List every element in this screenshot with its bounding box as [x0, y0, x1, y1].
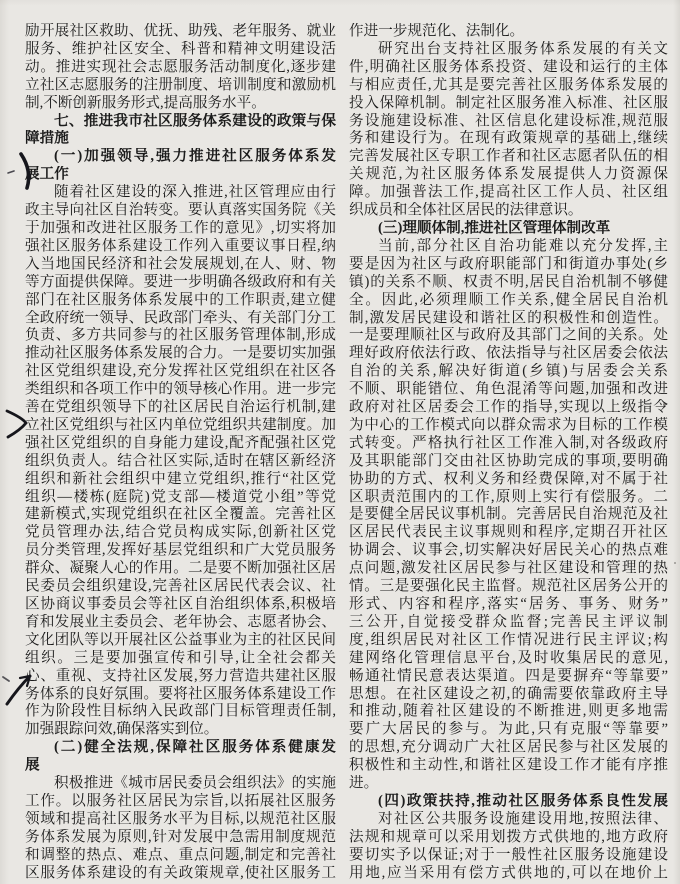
body-text-line: 织成员和全体社区居民的法律意识。	[349, 202, 668, 220]
body-text-line: 工作。以服务社区居民为宗旨,以拓展社区服务	[25, 793, 336, 811]
body-text-line: 立社区志愿服务的注册制度、培训制度和激励机	[25, 77, 336, 95]
body-text-line: 镇)的关系不顺、权责不明,居民自治机制不够健	[349, 274, 668, 292]
body-text-line: 是要健全居民议事机制。完善居民自治规范及社	[349, 506, 668, 524]
body-text-line: 等方面提供保障。要进一步明确各级政府和有关	[25, 274, 336, 292]
body-text-line: 用地,应当采用有偿方式供地的,可以在地价上	[349, 865, 668, 883]
body-text-line: 进。	[349, 775, 668, 793]
body-text-line: 区职责范围内的工作,原则上实行有偿服务。二	[349, 489, 668, 507]
body-text-line: 为中心的工作模式向以群众需求为目标的工作模	[349, 417, 668, 435]
body-text-line: 自治的关系,解决好街道(乡镇)与居委会关系	[349, 363, 668, 381]
body-text-line: 务体系发展为原则,针对发展中急需用制度规范	[25, 829, 336, 847]
body-text-line: 务和建设行为。在现有政策规章的基础上,继续	[349, 130, 668, 148]
body-text-line: 研究出台支持社区服务体系发展的有关文	[349, 41, 668, 59]
subsection-heading-line: (四)政策扶持,推动社区服务体系良性发展	[349, 793, 668, 811]
body-text-line: 党员管理办法,结合党员构成实际,创新社区党	[25, 524, 336, 542]
body-text-line: 要广大居民的参与。为此,只有克服“等靠要”	[349, 721, 668, 739]
body-text-line: 入当地国民经济和社会发展规划,在人、财、物	[25, 256, 336, 274]
body-text-line: 制,不断创新服务形式,提高服务水平。	[25, 95, 336, 113]
body-text-line: 组织—楼栋(庭院)党支部—楼道党小组”等党	[25, 489, 336, 507]
body-text-line: 服务、维护社区安全、科普和精神文明建设活	[25, 41, 336, 59]
body-text-line: 情。三是要强化民主监督。规范社区居务公开的	[349, 578, 668, 596]
document-page: 励开展社区救助、优抚、助残、老年服务、就业服务、维护社区安全、科普和精神文明建设…	[0, 0, 680, 884]
body-text-line: 区居民代表民主议事规则和程序,定期召开社区	[349, 524, 668, 542]
body-text-line: 育和发展业主委员会、老年协会、志愿者协会、	[25, 614, 336, 632]
body-text-line: 心、重视、支持社区发展,努力营造共建社区服	[25, 668, 336, 686]
body-text-line: 的思想,充分调动广大社区居民参与社区发展的	[349, 739, 668, 757]
body-text-line: 组织。三是要加强宣传和引导,让全社会都关	[25, 650, 336, 668]
body-text-line: 建网络化管理信息平台,及时收集居民的意见,	[349, 650, 668, 668]
body-text-line: 作进一步规范化、法制化。	[349, 23, 668, 41]
body-text-line: 关规范,为社区服务体系发展提供人力资源保	[349, 166, 668, 184]
body-text-line: 政府对社区居委会工作的指导,实现以上级指令	[349, 399, 668, 417]
body-text-line: 度,组织居民对社区工作情况进行民主评议;构	[349, 632, 668, 650]
body-text-line: 对社区公共服务设施建设用地,按照法律、	[349, 811, 668, 829]
body-text-line: 法规和规章可以采用划拨方式供地的,地方政府	[349, 829, 668, 847]
body-text-line: 全政府统一领导、民政部门牵头、有关部门分工	[25, 310, 336, 328]
body-text-line: 协助的方式、权利义务和经费保障,对不属于社	[349, 471, 668, 489]
body-text-line: 群众、凝聚人心的作用。二是要不断加强社区居	[25, 560, 336, 578]
body-text-line: 立社区党组织与社区内单位党组织共建制度。加	[25, 417, 336, 435]
body-text-line: 障。加强普法工作,提高社区工作人员、社区组	[349, 184, 668, 202]
subsection-heading-line: (一)加强领导,强力推进社区服务体系发	[25, 148, 336, 166]
body-text-line: 社区党组织建设,充分发挥社区党组织在社区各	[25, 363, 336, 381]
body-text-line: 组织和新社会组织中建立党组织,推行“社区党	[25, 471, 336, 489]
body-text-line: 负责、多方共同参与的社区服务管理体制,形成	[25, 327, 336, 345]
body-text-line: 强社区党组织的自身能力建设,配齐配强社区党	[25, 435, 336, 453]
body-text-line: 善在党组织领导下的社区居民自治运行机制,建	[25, 399, 336, 417]
body-text-line: 形式、内容和程序,落实“居务、事务、财务”	[349, 596, 668, 614]
body-text-line: 全。因此,必须理顺工作关系,健全居民自治机	[349, 292, 668, 310]
body-text-line: 文化团队等以开展社区公益事业为主的社区民间	[25, 632, 336, 650]
body-text-line: 点问题,激发社区居民参与社区建设和管理的热	[349, 560, 668, 578]
body-text-line: 建新模式,实现党组织在社区全覆盖。完善社区	[25, 506, 336, 524]
body-text-line: 类组织和各项工作中的领导核心作用。进一步完	[25, 381, 336, 399]
body-text-line: 及其职能部门交由社区协助完成的事项,要明确	[349, 453, 668, 471]
subsection-heading-line: 展	[25, 757, 336, 775]
body-text-line: 协调会、议事会,切实解决好居民关心的热点难	[349, 542, 668, 560]
body-text-line: 随着社区建设的深入推进,社区管理应由行	[25, 184, 336, 202]
subsection-heading-line: (二)健全法规,保障社区服务体系健康发	[25, 739, 336, 757]
body-text-line: 加强跟踪问效,确保落实到位。	[25, 721, 336, 739]
body-text-line: 领域和提高社区服务水平为目标,以规范社区服	[25, 811, 336, 829]
body-text-line: 不顺、职能错位、角色混淆等问题,加强和改进	[349, 381, 668, 399]
body-text-line: 完善发展社区专职工作者和社区志愿者队伍的相	[349, 148, 668, 166]
subsection-heading-line: (三)理顺体制,推进社区管理体制改革	[349, 220, 668, 238]
body-text-line: 作为阶段性目标纳入民政部门目标管理责任制,	[25, 703, 336, 721]
body-text-line: 投入保障机制。制定社区服务准入标准、社区服	[349, 95, 668, 113]
body-text-line: 三公开,自觉接受群众监督;完善民主评议制	[349, 614, 668, 632]
body-text-line: 件,明确社区服务体系投资、建设和运行的主体	[349, 59, 668, 77]
body-text-line: 和推动,随着社区建设的不断推进,则更多地需	[349, 703, 668, 721]
body-text-line: 务体系的良好氛围。要将社区服务体系建设工作	[25, 686, 336, 704]
body-text-line: 畅通社情民意表达渠道。四是要摒弃“等靠要”	[349, 668, 668, 686]
body-text-line: 励开展社区救助、优抚、助残、老年服务、就业	[25, 23, 336, 41]
body-text-line: 组织负责人。结合社区实际,适时在辖区新经济	[25, 453, 336, 471]
body-text-line: 强社区服务体系建设工作列入重要议事日程,纳	[25, 238, 336, 256]
body-text-line: 式转变。严格执行社区工作准入制,对各级政府	[349, 435, 668, 453]
body-text-line: 要是因为社区与政府职能部门和街道办事处(乡	[349, 256, 668, 274]
left-column: 励开展社区救助、优抚、助残、老年服务、就业服务、维护社区安全、科普和精神文明建设…	[25, 23, 336, 883]
body-text-line: 动。推进实现社会志愿服务活动制度化,逐步建	[25, 59, 336, 77]
body-text-line: 部门在社区服务体系发展中的工作职责,建立健	[25, 292, 336, 310]
body-text-line: 当前,部分社区自治功能难以充分发挥,主	[349, 238, 668, 256]
body-text-line: 政主导向社区自治转变。要认真落实国务院《关	[25, 202, 336, 220]
body-text-line: 一是要理顺社区与政府及其部门之间的关系。处	[349, 327, 668, 345]
body-text-line: 思想。在社区建设之初,的确需要依靠政府主导	[349, 686, 668, 704]
section-heading-line: 障措施	[25, 130, 336, 148]
body-text-line: 与相应责任,尤其是要完善社区服务体系发展的	[349, 77, 668, 95]
body-text-line: 理好政府依法行政、依法指导与社区居委会依法	[349, 345, 668, 363]
section-heading-line: 七、推进我市社区服务体系建设的政策与保	[25, 113, 336, 131]
right-column: 作进一步规范化、法制化。研究出台支持社区服务体系发展的有关文件,明确社区服务体系…	[349, 23, 668, 883]
body-text-line: 务设施建设标准、社区信息化建设标准,规范服	[349, 113, 668, 131]
body-text-line: 制,激发居民建设和谐社区的积极性和创造性。	[349, 310, 668, 328]
body-text-line: 于加强和改进社区服务工作的意见》,切实将加	[25, 220, 336, 238]
body-text-line: 积极推进《城市居民委员会组织法》的实施	[25, 775, 336, 793]
scan-speck	[674, 562, 676, 564]
body-text-line: 和调整的热点、难点、重点问题,制定和完善社	[25, 847, 336, 865]
body-text-line: 区服务体系建设的有关政策规章,使社区服务工	[25, 865, 336, 883]
body-text-line: 员分类管理,发挥好基层党组织和广大党员服务	[25, 542, 336, 560]
body-text-line: 推动社区服务体系发展的合力。一是要切实加强	[25, 345, 336, 363]
body-text-line: 要切实予以保证;对于一般性社区服务设施建设	[349, 847, 668, 865]
subsection-heading-line: 展工作	[25, 166, 336, 184]
body-text-line: 民委员会组织建设,完善社区居民代表会议、社	[25, 578, 336, 596]
body-text-line: 积极性和主动性,和谐社区建设工作才能有序推	[349, 757, 668, 775]
body-text-line: 区协商议事委员会等社区自治组织体系,积极培	[25, 596, 336, 614]
